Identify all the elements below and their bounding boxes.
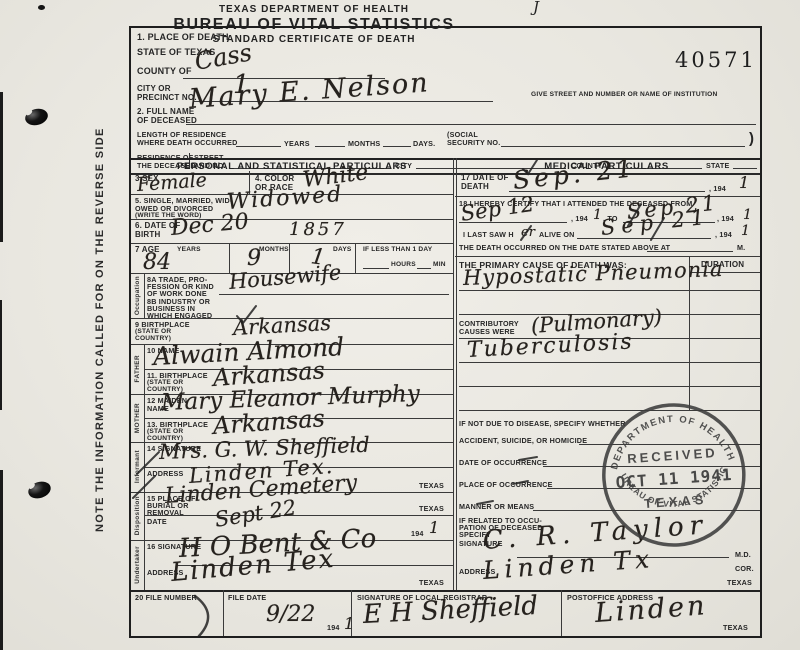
field-label-paren: ) <box>749 131 754 146</box>
band-top-border <box>131 590 760 592</box>
field-label-social-2: SECURITY NO. <box>447 139 500 146</box>
field-label-if-less: IF LESS THAN 1 DAY <box>363 247 432 254</box>
field-label-cor: COR. <box>735 565 754 572</box>
rule-line <box>383 146 411 147</box>
scan-edge-mark <box>0 300 2 410</box>
punch-hole <box>26 479 53 501</box>
punch-hole <box>23 106 49 127</box>
field-label-file-date: FILE DATE <box>228 594 266 601</box>
certificate-form: 1. PLACE OF DEATH STATE OF TEXAS COUNTY … <box>129 26 762 638</box>
rule-line <box>144 515 453 516</box>
section-header-band: PERSONAL AND STATISTICAL PARTICULARS MED… <box>131 158 760 175</box>
field-label-burial-date: DATE <box>147 518 167 525</box>
field-label-hours: HOURS <box>391 262 416 269</box>
field-label-date-occurrence: DATE OF OCCURRENCE <box>459 459 547 466</box>
side-label-mother-text: MOTHER <box>134 403 141 433</box>
file-date-value: 9/22 <box>266 604 315 626</box>
field-label-death-occurred: THE DEATH OCCURRED ON THE DATE STATED AB… <box>459 244 670 251</box>
scan-speck <box>38 5 45 10</box>
field-label-file-number: 20 FILE NUMBER <box>135 594 197 601</box>
field-label-dod-1: 17 DATE OF <box>461 174 509 182</box>
certificate-number: 40571 <box>675 48 757 72</box>
side-label-disposition-text: Disposition <box>134 496 141 535</box>
field-label-color-1: 4. COLOR <box>255 175 294 183</box>
year-label: , 194 <box>717 215 734 222</box>
cell-divider <box>355 243 356 273</box>
texas-label: TEXAS <box>419 505 444 512</box>
rule-line <box>315 146 345 147</box>
dod-year-value: 1 <box>739 175 749 191</box>
field-label-dod-2: DEATH <box>461 183 489 191</box>
field-label-last-saw: I LAST SAW H <box>463 231 514 238</box>
cell-divider <box>561 590 562 636</box>
side-label-informant-text: Informant <box>134 450 141 483</box>
year-label: , 194 <box>571 215 588 222</box>
burial-year-value: 1 <box>429 520 439 536</box>
rule-line <box>459 222 567 223</box>
dob-value: Dec 20 <box>170 211 250 240</box>
dob-year-value: 1857 <box>289 221 347 239</box>
rule-line <box>459 386 760 387</box>
side-label-father: FATHER <box>131 344 145 394</box>
postoffice-address-value: Linden <box>594 592 708 627</box>
rule-line <box>363 268 389 269</box>
last-saw-suffix-value: er <box>521 226 535 239</box>
rule-line <box>186 124 756 125</box>
rule-line <box>577 238 711 239</box>
field-label-accident: ACCIDENT, SUICIDE, OR HOMICIDE <box>459 437 587 444</box>
field-label-age-days: DAYS <box>333 247 352 254</box>
field-label-m: M. <box>737 244 745 251</box>
field-label-give-street: GIVE STREET AND NUMBER OR NAME OF INSTIT… <box>531 92 717 99</box>
scan-edge-mark <box>0 470 3 650</box>
registrar-signature-value: E H Sheffield <box>362 593 538 628</box>
field-label-days: DAYS. <box>413 140 435 147</box>
side-label-undertaker: Undertaker <box>131 540 145 590</box>
side-label-father-text: FATHER <box>134 355 141 383</box>
texas-label: TEXAS <box>419 482 444 489</box>
texas-label: TEXAS <box>723 624 748 631</box>
sex-value: Female <box>136 171 207 195</box>
rule-line <box>509 191 705 192</box>
year-label: 194 <box>327 624 340 631</box>
rule-line <box>236 146 281 147</box>
stray-pen-mark: J <box>533 0 539 16</box>
masthead-dept: TEXAS DEPARTMENT OF HEALTH <box>138 4 490 15</box>
field-label-informant-address: ADDRESS <box>147 470 184 477</box>
mother-birthplace-value: Arkansas <box>212 406 325 438</box>
field-label-min: MIN <box>433 262 446 269</box>
side-label-occupation-text: Occupation <box>134 276 141 315</box>
cell-divider <box>223 590 224 636</box>
received-stamp: DEPARTMENT OF HEALTH BUREAU OF VITAL STA… <box>594 395 754 560</box>
year-label: , 194 <box>715 231 732 238</box>
rule-line <box>647 251 733 252</box>
rule-line <box>459 290 760 291</box>
pen-paren <box>195 596 208 636</box>
field-label-length-residence-2: WHERE DEATH OCCURRED <box>137 139 238 146</box>
side-label-undertaker-text: Undertaker <box>134 546 141 584</box>
texas-label: TEXAS <box>419 579 444 586</box>
field-label-months: MONTHS <box>348 140 380 147</box>
age-years-value: 84 <box>143 252 171 274</box>
field-label-age-years: YEARS <box>177 247 201 254</box>
column-divider <box>453 158 457 590</box>
to-year-value: 1 <box>743 208 752 222</box>
stamp-received-text: RECEIVED <box>627 445 718 466</box>
margin-note: NOTE THE INFORMATION CALLED FOR ON THE R… <box>94 104 114 556</box>
file-year-value: 1 <box>344 616 354 632</box>
side-label-disposition: Disposition <box>131 492 145 540</box>
cell-divider <box>229 243 230 273</box>
field-label-alive-on: ALIVE ON <box>539 231 575 238</box>
county-value: Cass <box>193 40 254 74</box>
rule-line <box>219 294 449 295</box>
field-label-city-or: CITY OR <box>137 85 171 93</box>
side-label-mother: MOTHER <box>131 394 145 442</box>
scan-edge-mark <box>0 92 3 242</box>
field-label-dob-2: BIRTH <box>135 231 160 239</box>
field-label-manner: MANNER OR MEANS <box>459 503 534 510</box>
texas-label: TEXAS <box>727 579 752 586</box>
rule-line <box>459 362 760 363</box>
scanned-death-certificate: NOTE THE INFORMATION CALLED FOR ON THE R… <box>0 0 800 650</box>
rule-line <box>131 243 453 244</box>
contributory-cause-b-value: Tuberculosis <box>466 331 634 362</box>
field-label-years: YEARS <box>284 140 310 147</box>
side-label-informant: Informant <box>131 442 145 492</box>
field-label-county-of: COUNTY OF <box>137 67 192 76</box>
field-label-age-months: MONTHS <box>259 247 289 254</box>
rule-line <box>417 268 431 269</box>
alive-on-date-value: Sep 21 <box>600 207 711 239</box>
side-label-occupation: Occupation <box>131 273 145 318</box>
occupation-value: Housewife <box>228 262 342 293</box>
stamp-state-text: TEXAS <box>644 492 708 511</box>
year-label: 194 <box>411 530 424 537</box>
field-label-md: M.D. <box>735 551 751 558</box>
field-label-contributory-2: CAUSES WERE <box>459 328 515 335</box>
full-name-value: Mary E. Nelson <box>188 69 430 113</box>
field-label-place-of-death: 1. PLACE OF DEATH <box>137 33 229 42</box>
field-label-place-occurrence: PLACE OF OCCURRENCE <box>459 481 553 488</box>
alive-year-value: 1 <box>741 224 750 238</box>
rule-line <box>501 146 745 147</box>
field-label-full-name-1: 2. FULL NAME <box>137 108 194 116</box>
